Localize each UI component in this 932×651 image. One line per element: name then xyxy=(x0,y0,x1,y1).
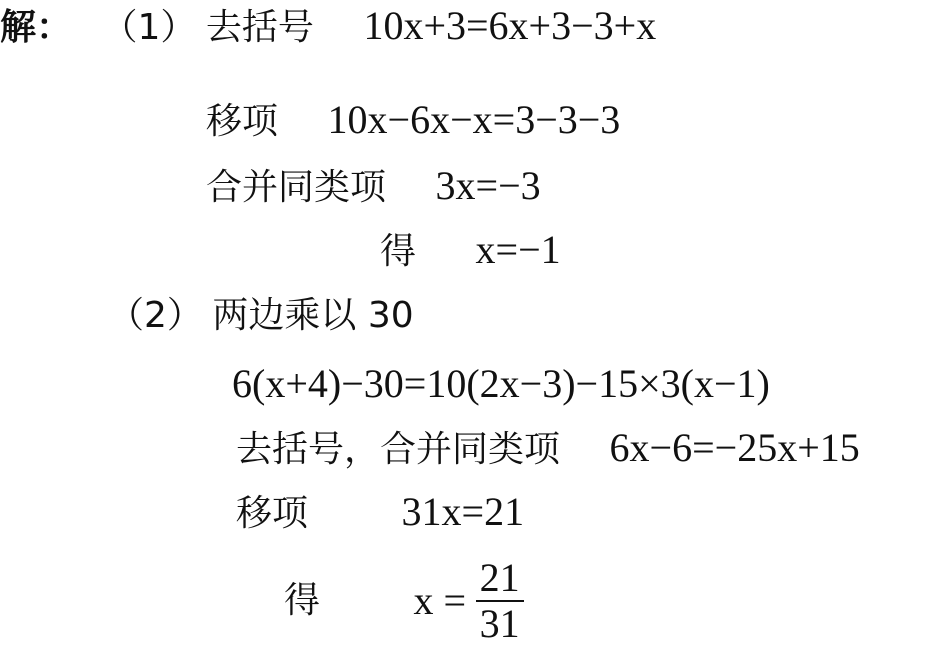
part1-number: （1） xyxy=(102,7,197,48)
result-fraction: 21 31 xyxy=(476,556,524,646)
step-equation: x=−1 xyxy=(476,227,561,272)
step-label: 合并同类项 xyxy=(206,167,386,208)
part1-step-4: 得 x=−1 xyxy=(380,230,561,270)
part2-equation-0: 6(x+4)−30=10(2x−3)−15×3(x−1) xyxy=(232,364,770,404)
part1-step-3: 合并同类项 3x=−3 xyxy=(206,166,541,206)
solution-label: 解： xyxy=(0,7,72,48)
step-equation: 6x−6=−25x+15 xyxy=(610,425,860,470)
solution-line-1: 解： （1） 去括号 10x+3=6x+3−3+x xyxy=(0,6,656,46)
step-label: 去括号，合并同类项 xyxy=(236,429,560,470)
result-lhs: x = xyxy=(414,578,467,623)
part2-intro-line: （2） 两边乘以 30 xyxy=(108,296,414,334)
part2-step-2: 移项 31x=21 xyxy=(236,492,524,532)
step-equation: 6(x+4)−30=10(2x−3)−15×3(x−1) xyxy=(232,361,770,406)
step-label: 得 xyxy=(284,580,320,621)
part2-number: （2） xyxy=(108,295,203,336)
step-equation: 31x=21 xyxy=(402,489,525,534)
step-label: 得 xyxy=(380,231,416,272)
part2-step-3: 得 x = 21 31 xyxy=(284,556,524,646)
step-equation: 3x=−3 xyxy=(436,163,541,208)
fraction-numerator: 21 xyxy=(476,556,524,602)
fraction-denominator: 31 xyxy=(476,602,524,646)
part1-step-2: 移项 10x−6x−x=3−3−3 xyxy=(206,100,620,140)
step-label: 移项 xyxy=(236,493,308,534)
step-label: 移项 xyxy=(206,101,278,142)
part2-step-1: 去括号，合并同类项 6x−6=−25x+15 xyxy=(236,428,860,468)
part2-intro: 两边乘以 30 xyxy=(212,295,413,336)
step-equation: 10x+3=6x+3−3+x xyxy=(363,3,656,48)
step-label: 去括号 xyxy=(206,7,314,48)
step-equation: 10x−6x−x=3−3−3 xyxy=(328,97,621,142)
